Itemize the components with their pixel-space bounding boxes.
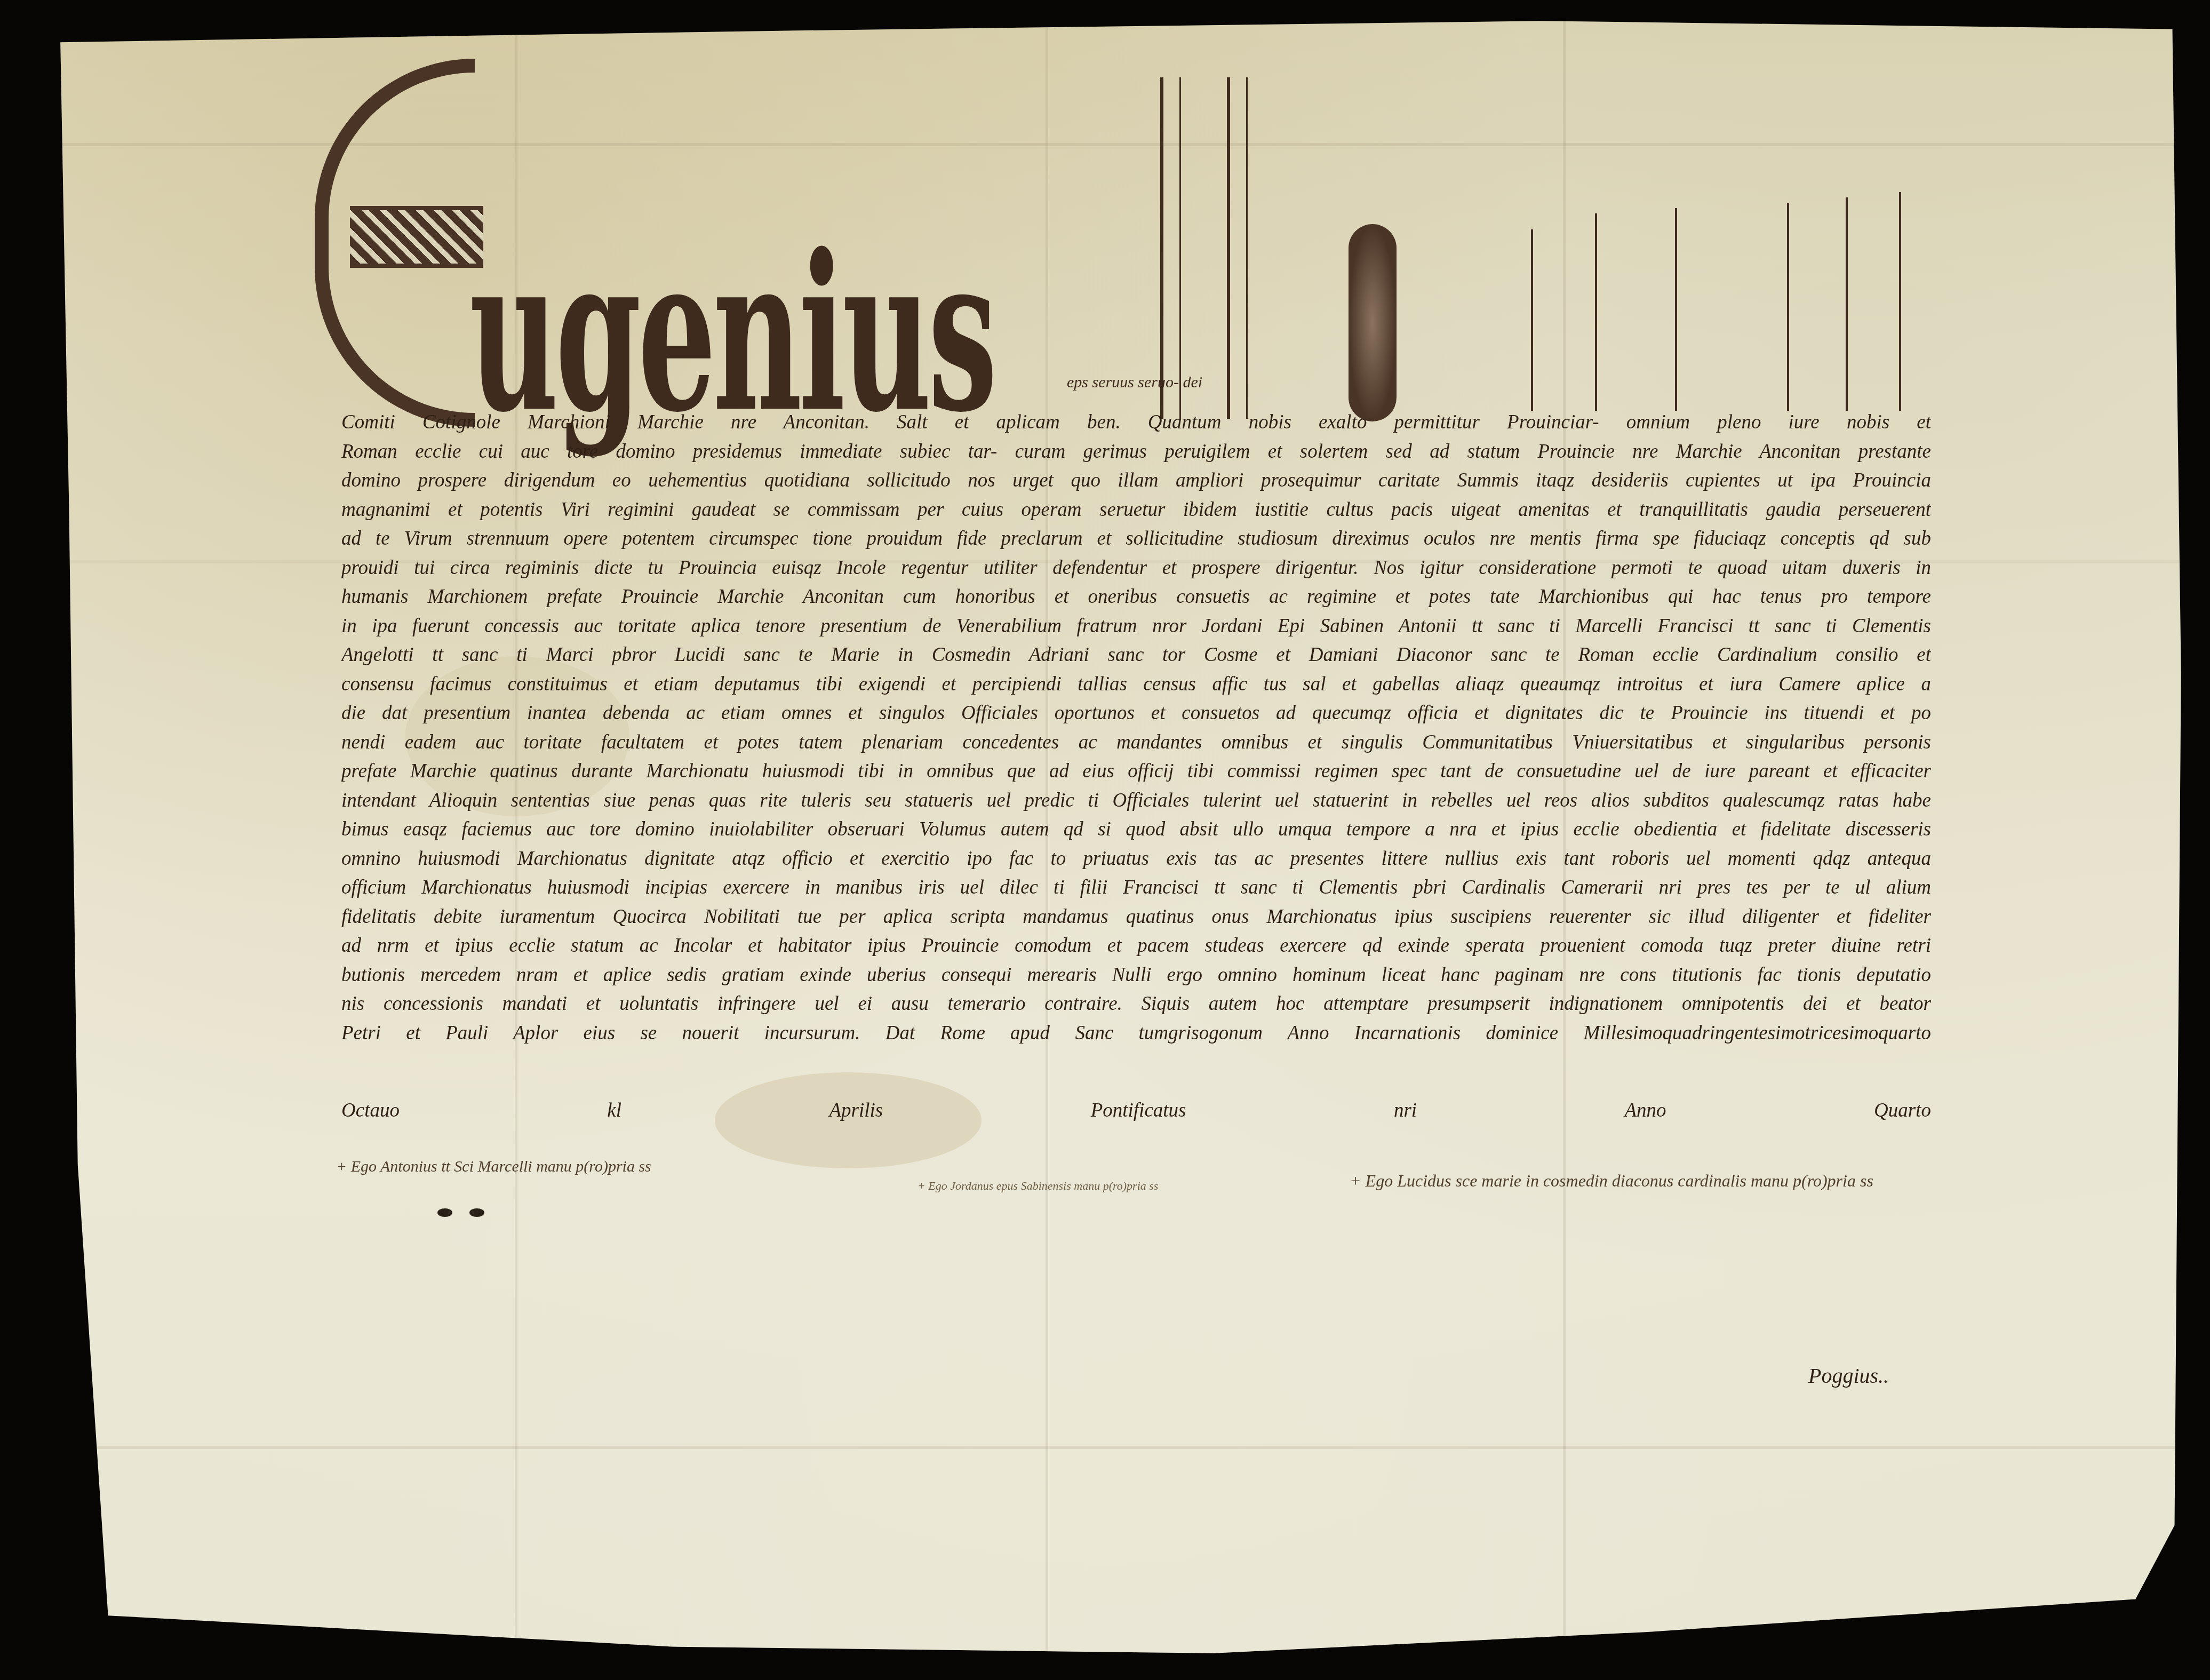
initial-ornament xyxy=(350,206,483,268)
cardinal-signature-2: + Ego Jordanus epus Sabinensis manu p(ro… xyxy=(917,1179,1158,1193)
date-word: kl xyxy=(607,1099,621,1122)
text-line: Roman ecclie cui auc tore domino preside… xyxy=(341,437,1931,467)
text-line: fidelitatis debite iuramentum Quocirca N… xyxy=(341,903,1931,932)
bull-text: Comiti Cotignole Marchioni Marchie nre A… xyxy=(341,408,1931,1048)
text-line: Petri et Pauli Aplor eius se nouerit inc… xyxy=(341,1019,1931,1048)
text-line: die dat presentium inantea debenda ac et… xyxy=(341,699,1931,728)
date-word: nri xyxy=(1394,1099,1417,1122)
elongated-letter xyxy=(1595,213,1597,411)
text-line: prouidi tui circa regiminis dicte tu Pro… xyxy=(341,554,1931,583)
seal-hole xyxy=(469,1208,484,1217)
cardinal-signature-1: + Ego Antonius tt Sci Marcelli manu p(ro… xyxy=(336,1158,651,1176)
scribe-signature: Poggius.. xyxy=(1808,1363,1889,1388)
text-line: in ipa fuerunt concessis auc toritate ap… xyxy=(341,612,1931,641)
text-line: Angelotti tt sanc ti Marci pbror Lucidi … xyxy=(341,641,1931,670)
elongated-letter xyxy=(1160,77,1181,419)
text-line: ad te Virum strennuum opere potentem cir… xyxy=(341,524,1931,554)
text-line: butionis mercedem nram et aplice sedis g… xyxy=(341,961,1931,990)
date-word: Aprilis xyxy=(829,1099,883,1122)
elongated-letter xyxy=(1227,77,1248,419)
cardinal-signature-3: + Ego Lucidus sce marie in cosmedin diac… xyxy=(1350,1171,1873,1191)
date-word: Quarto xyxy=(1874,1099,1931,1122)
elongated-letter xyxy=(1846,197,1848,411)
fold-line xyxy=(21,1446,2190,1449)
elongated-letter xyxy=(1531,229,1533,411)
seal-hole xyxy=(437,1208,452,1217)
elongated-letter xyxy=(1675,208,1677,411)
text-line: humanis Marchionem prefate Prouincie Mar… xyxy=(341,583,1931,612)
text-line: omnino huiusmodi Marchionatus dignitate … xyxy=(341,845,1931,874)
text-line: nendi eadem auc toritate facultatem et p… xyxy=(341,728,1931,758)
text-line: nis concessionis mandati et uoluntatis i… xyxy=(341,990,1931,1019)
text-line: intendant Alioquin sententias siue penas… xyxy=(341,786,1931,816)
text-line: bimus easqz faciemus auc tore domino inu… xyxy=(341,815,1931,845)
elongated-letter xyxy=(1899,192,1901,411)
title-small-words: eps seruus seruo- dei xyxy=(1067,373,1202,392)
text-line: Comiti Cotignole Marchioni Marchie nre A… xyxy=(341,408,1931,437)
text-line: magnanimi et potentis Viri regimini gaud… xyxy=(341,496,1931,525)
date-word: Anno xyxy=(1625,1099,1666,1122)
text-line: prefate Marchie quatinus durante Marchio… xyxy=(341,757,1931,786)
initial-d xyxy=(1349,224,1397,421)
date-word: Octauo xyxy=(341,1099,400,1122)
date-word: Pontificatus xyxy=(1091,1099,1186,1122)
elongated-letter xyxy=(1787,203,1789,411)
text-line: officium Marchionatus huiusmodi incipias… xyxy=(341,873,1931,903)
text-line: domino prospere dirigendum eo uehementiu… xyxy=(341,466,1931,496)
text-line: consensu facimus constituimus et etiam d… xyxy=(341,670,1931,699)
text-line: ad nrm et ipius ecclie statum ac Incolar… xyxy=(341,931,1931,961)
dating-clause: Octauo kl Aprilis Pontificatus nri Anno … xyxy=(341,1099,1931,1122)
